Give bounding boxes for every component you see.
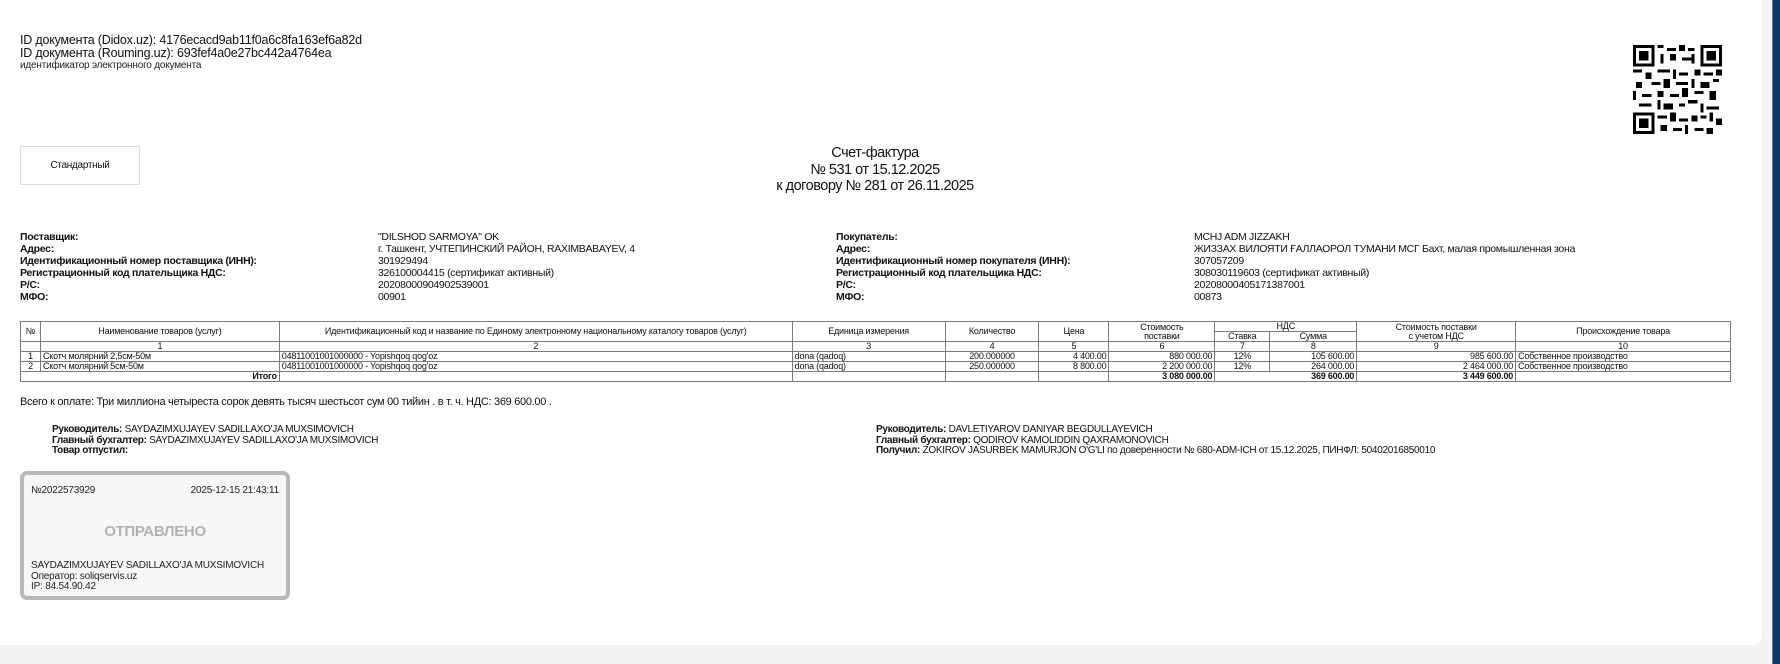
header-vat-sum: Сумма xyxy=(1270,332,1357,342)
supplier-vat-code: 326100004415 (сертификат активный) xyxy=(378,267,635,279)
total-with-vat: 3 449 600.00 xyxy=(1357,372,1516,382)
buyer-name: MCHJ ADM JIZZAKH xyxy=(1194,231,1575,243)
supplier-address: г. Ташкент, УЧТЕПИНСКИЙ РАЙОН, RAXIMBABA… xyxy=(378,243,635,255)
items-table: № Наименование товаров (услуг) Идентифик… xyxy=(20,321,1731,382)
page-scrollbar[interactable] xyxy=(1772,0,1780,664)
rouming-id-value: 693fef4a0e27bc442a4764ea xyxy=(177,46,331,60)
stamp-datetime: 2025-12-15 21:43:11 xyxy=(191,485,279,496)
invoice-title-main: Счет-фактура xyxy=(640,145,1110,162)
header-name: Наименование товаров (услуг) xyxy=(40,322,279,342)
table-row: 1 Скотч молярний 2,5см-50м 0481100100100… xyxy=(21,352,1731,362)
supplier-values: "DILSHOD SARMOYA" OK г. Ташкент, УЧТЕПИН… xyxy=(378,231,635,303)
stamp-signer: SAYDAZIMXUJAYEV SADILLAXO'JA MUXSIMOVICH xyxy=(31,561,264,572)
signature-stamp: №2022573929 2025-12-15 21:43:11 ОТПРАВЛЕ… xyxy=(20,471,290,600)
supplier-mfo: 00901 xyxy=(378,291,635,303)
item-name: Скотч молярний 2,5см-50м xyxy=(40,352,279,362)
supplier-inn-label: Идентификационный номер поставщика (ИНН)… xyxy=(20,255,257,267)
buyer-address-label: Адрес: xyxy=(836,243,1070,255)
supplier-name: "DILSHOD SARMOYA" OK xyxy=(378,231,635,243)
header-vat-rate: Ставка xyxy=(1215,332,1270,342)
total-label: Итого xyxy=(21,372,280,382)
document-id-caption: идентификатор электронного документа xyxy=(20,60,201,71)
buyer-labels: Покупатель: Адрес: Идентификационный ном… xyxy=(836,231,1070,303)
supplier-address-label: Адрес: xyxy=(20,243,257,255)
header-no: № xyxy=(21,322,41,342)
total-cost: 3 080 000.00 xyxy=(1109,372,1215,382)
item-vat-sum: 264 000.00 xyxy=(1270,362,1357,372)
supplier-accountant: SAYDAZIMXUJAYEV SADILLAXO'JA MUXSIMOVICH xyxy=(149,435,378,446)
document-type-badge[interactable]: Стандартный xyxy=(20,146,140,185)
col-number: 7 xyxy=(1215,342,1270,352)
header-unit: Единица измерения xyxy=(792,322,945,342)
buyer-signatures: Руководитель: DAVLETIYAROV DANIYAR BEGDU… xyxy=(876,425,1435,457)
header-origin: Происхождение товара xyxy=(1516,322,1731,342)
document-ids: ID документа (Didox.uz): 4176ecacd9ab11f… xyxy=(20,34,362,60)
header-catalog: Идентификационный код и название по Един… xyxy=(279,322,792,342)
item-unit: dona (qadoq) xyxy=(792,362,945,372)
rouming-id-label: ID документа (Rouming.uz): xyxy=(20,46,174,60)
buyer-mfo-label: МФО: xyxy=(836,291,1070,303)
item-origin: Собственное производство xyxy=(1516,352,1731,362)
stamp-info: SAYDAZIMXUJAYEV SADILLAXO'JA MUXSIMOVICH… xyxy=(31,561,264,593)
item-vat-rate: 12% xyxy=(1215,362,1270,372)
item-catalog: 04811001001000000 - Yopishqoq qog'oz xyxy=(279,362,792,372)
stamp-ip: IP: 84.54.90.42 xyxy=(31,582,264,593)
invoice-number-date: № 531 от 15.12.2025 xyxy=(640,162,1110,179)
item-total: 2 464 000.00 xyxy=(1357,362,1516,372)
col-number: 2 xyxy=(279,342,792,352)
header-cost: Стоимостьпоставки xyxy=(1109,322,1215,342)
col-number: 3 xyxy=(792,342,945,352)
buyer-director: DAVLETIYAROV DANIYAR BEGDULLAYEVICH xyxy=(949,424,1153,435)
col-number: 10 xyxy=(1516,342,1731,352)
buyer-vat-code-label: Регистрационный код плательщика НДС: xyxy=(836,267,1070,279)
total-vat-sum: 369 600.00 xyxy=(1215,372,1357,382)
item-price: 8 800.00 xyxy=(1039,362,1109,372)
amount-in-words: Всего к оплате: Три миллиона четыреста с… xyxy=(20,396,552,408)
buyer-account-label: Р/С: xyxy=(836,279,1070,291)
supplier-account: 20208000904902539001 xyxy=(378,279,635,291)
col-number: 9 xyxy=(1357,342,1516,352)
buyer-address: ЖИЗЗАХ ВИЛОЯТИ ҒАЛЛАОРОЛ ТУМАНИ МСГ Бахт… xyxy=(1194,243,1575,255)
table-total-row: Итого 3 080 000.00 369 600.00 3 449 600.… xyxy=(21,372,1731,382)
buyer-values: MCHJ ADM JIZZAKH ЖИЗЗАХ ВИЛОЯТИ ҒАЛЛАОРО… xyxy=(1194,231,1575,303)
header-price: Цена xyxy=(1039,322,1109,342)
item-total: 985 600.00 xyxy=(1357,352,1516,362)
buyer-account: 20208000405171387001 xyxy=(1194,279,1575,291)
item-origin: Собственное производство xyxy=(1516,362,1731,372)
stamp-status: ОТПРАВЛЕНО xyxy=(24,523,286,540)
col-number: 5 xyxy=(1039,342,1109,352)
item-name: Скотч молярний 5см-50м xyxy=(40,362,279,372)
supplier-mfo-label: МФО: xyxy=(20,291,257,303)
supplier-director: SAYDAZIMXUJAYEV SADILLAXO'JA MUXSIMOVICH xyxy=(125,424,354,435)
col-number: 6 xyxy=(1109,342,1215,352)
item-vat-sum: 105 600.00 xyxy=(1270,352,1357,362)
supplier-label: Поставщик: xyxy=(20,231,257,243)
buyer-vat-code: 308030119603 (сертификат активный) xyxy=(1194,267,1575,279)
contract-reference: к договору № 281 от 26.11.2025 xyxy=(640,178,1110,195)
supplier-inn: 301929494 xyxy=(378,255,635,267)
col-number: 4 xyxy=(945,342,1039,352)
item-qty: 200.000000 xyxy=(945,352,1039,362)
item-unit: dona (qadoq) xyxy=(792,352,945,362)
invoice-card: ID документа (Didox.uz): 4176ecacd9ab11f… xyxy=(0,0,1762,645)
table-row: 2 Скотч молярний 5см-50м 048110010010000… xyxy=(21,362,1731,372)
buyer-mfo: 00873 xyxy=(1194,291,1575,303)
buyer-accountant: QODIROV KAMOLIDDIN QAXRAMONOVICH xyxy=(973,435,1168,446)
buyer-label: Покупатель: xyxy=(836,231,1070,243)
item-vat-rate: 12% xyxy=(1215,352,1270,362)
header-vat: НДС xyxy=(1215,322,1357,332)
buyer-received-by: ZOKIROV JASURBEK MAMURJON O'G'LI по дове… xyxy=(923,445,1436,456)
item-catalog: 04811001001000000 - Yopishqoq qog'oz xyxy=(279,352,792,362)
qr-code-icon xyxy=(1633,45,1722,134)
item-cost: 2 200 000.00 xyxy=(1109,362,1215,372)
supplier-labels: Поставщик: Адрес: Идентификационный номе… xyxy=(20,231,257,303)
item-price: 4 400.00 xyxy=(1039,352,1109,362)
item-qty: 250.000000 xyxy=(945,362,1039,372)
buyer-inn-label: Идентификационный номер покупателя (ИНН)… xyxy=(836,255,1070,267)
invoice-title: Счет-фактура № 531 от 15.12.2025 к догов… xyxy=(640,145,1110,195)
buyer-inn: 307057209 xyxy=(1194,255,1575,267)
supplier-account-label: Р/С: xyxy=(20,279,257,291)
item-cost: 880 000.00 xyxy=(1109,352,1215,362)
header-total-with-vat: Стоимость поставкис учетом НДС xyxy=(1357,322,1516,342)
didox-id-label: ID документа (Didox.uz): xyxy=(20,33,156,47)
col-number: 8 xyxy=(1270,342,1357,352)
stamp-number: №2022573929 xyxy=(31,485,95,496)
supplier-vat-code-label: Регистрационный код плательщика НДС: xyxy=(20,267,257,279)
didox-id-value: 4176ecacd9ab11f0a6c8fa163ef6a82d xyxy=(159,33,362,47)
supplier-signatures: Руководитель: SAYDAZIMXUJAYEV SADILLAXO'… xyxy=(52,425,378,457)
header-qty: Количество xyxy=(945,322,1039,342)
col-number: 1 xyxy=(40,342,279,352)
